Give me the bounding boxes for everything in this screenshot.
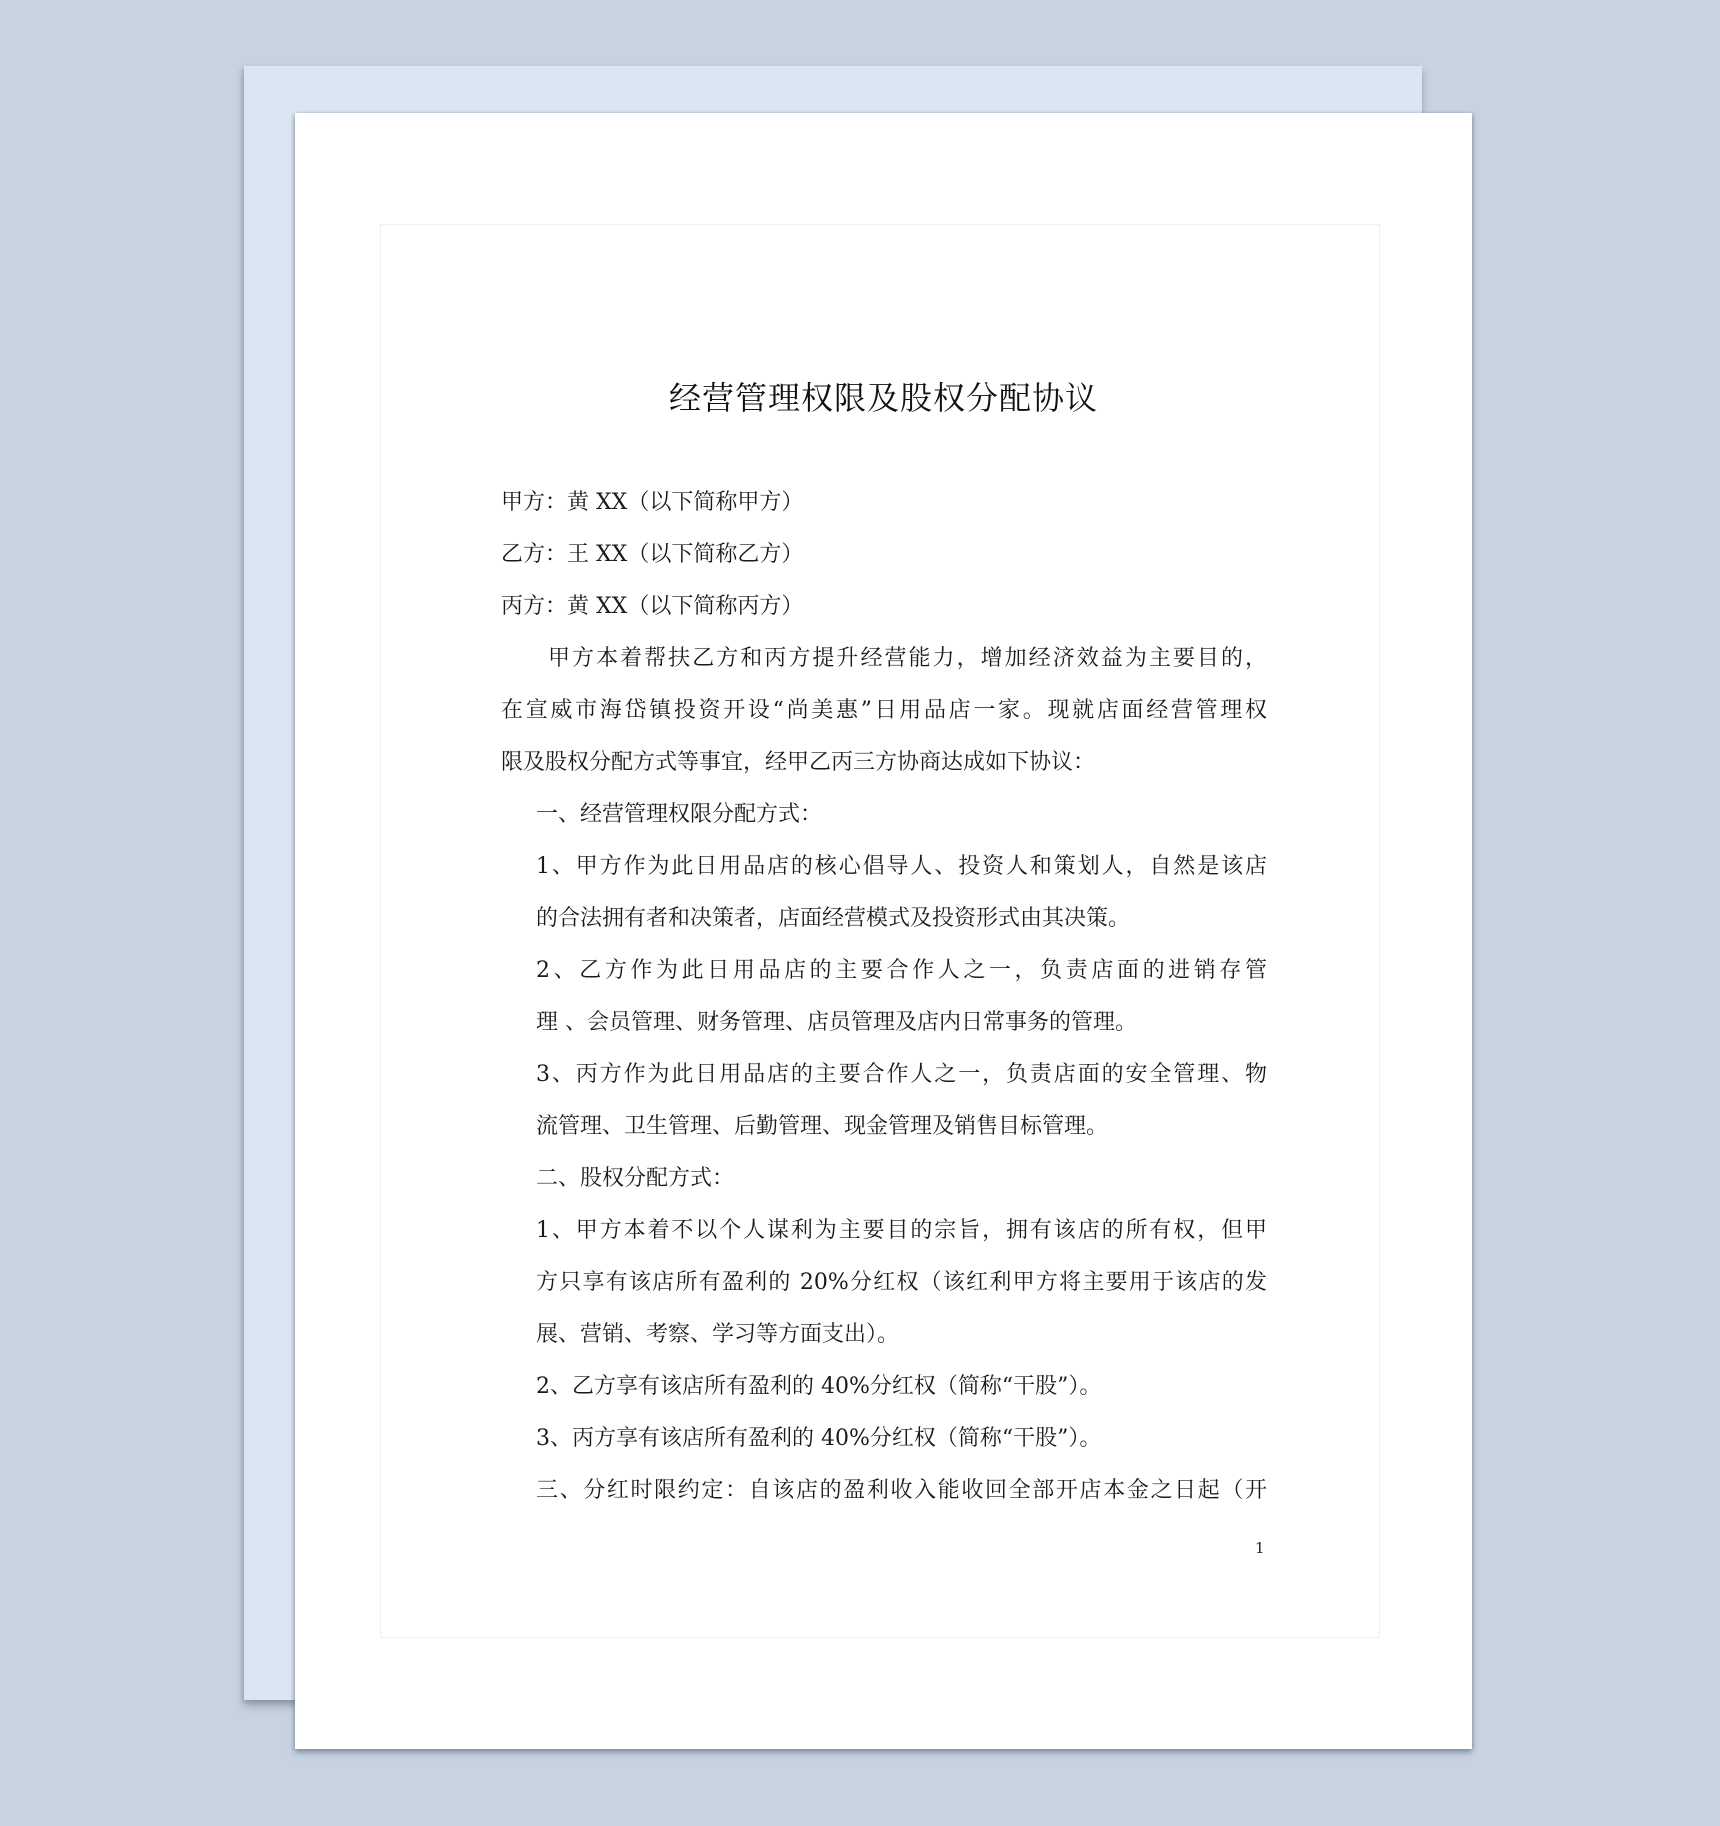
section-2-item-3: 3、丙方享有该店所有盈利的 40%分红权（简称“干股”）。 [536,1424,1101,1454]
page-number: 1 [1255,1538,1265,1558]
document-page: 经营管理权限及股权分配协议 甲方：黄 XX（以下简称甲方） 乙方：王 XX（以下… [295,113,1472,1749]
preamble-line-2: 在宣威市海岱镇投资开设“尚美惠”日用品店一家。现就店面经营管理权 [501,696,1267,726]
section-1-item-2-line-1: 2、乙方作为此日用品店的主要合作人之一，负责店面的进销存管 [536,956,1267,986]
document-title: 经营管理权限及股权分配协议 [295,376,1472,420]
section-2-item-2: 2、乙方享有该店所有盈利的 40%分红权（简称“干股”）。 [536,1372,1101,1402]
section-1-item-2-line-2: 理 、会员管理、财务管理、店员管理及店内日常事务的管理。 [536,1008,1137,1038]
section-1-heading: 一、经营管理权限分配方式： [536,800,822,830]
section-3-heading: 三、分红时限约定：自该店的盈利收入能收回全部开店本金之日起（开 [536,1476,1267,1506]
party-b: 乙方：王 XX（以下简称乙方） [501,540,803,570]
section-1-item-1-line-1: 1、甲方作为此日用品店的核心倡导人、投资人和策划人，自然是该店 [536,852,1267,882]
party-a: 甲方：黄 XX（以下简称甲方） [501,488,803,518]
section-2-item-1-line-1: 1、甲方本着不以个人谋利为主要目的宗旨，拥有该店的所有权，但甲 [536,1216,1267,1246]
preamble-line-3: 限及股权分配方式等事宜，经甲乙丙三方协商达成如下协议： [501,748,1095,778]
party-c: 丙方：黄 XX（以下简称丙方） [501,592,803,622]
section-2-item-1-line-2: 方只享有该店所有盈利的 20%分红权（该红利甲方将主要用于该店的发 [536,1268,1267,1298]
section-1-item-3-line-2: 流管理、卫生管理、后勤管理、现金管理及销售目标管理。 [536,1112,1108,1142]
preamble-line-1: 甲方本着帮扶乙方和丙方提升经营能力，增加经济效益为主要目的， [548,644,1267,674]
section-2-item-1-line-3: 展、营销、考察、学习等方面支出）。 [536,1320,899,1350]
section-1-item-1-line-2: 的合法拥有者和决策者，店面经营模式及投资形式由其决策。 [536,904,1130,934]
section-2-heading: 二、股权分配方式： [536,1164,734,1194]
section-1-item-3-line-1: 3、丙方作为此日用品店的主要合作人之一，负责店面的安全管理、物 [536,1060,1267,1090]
